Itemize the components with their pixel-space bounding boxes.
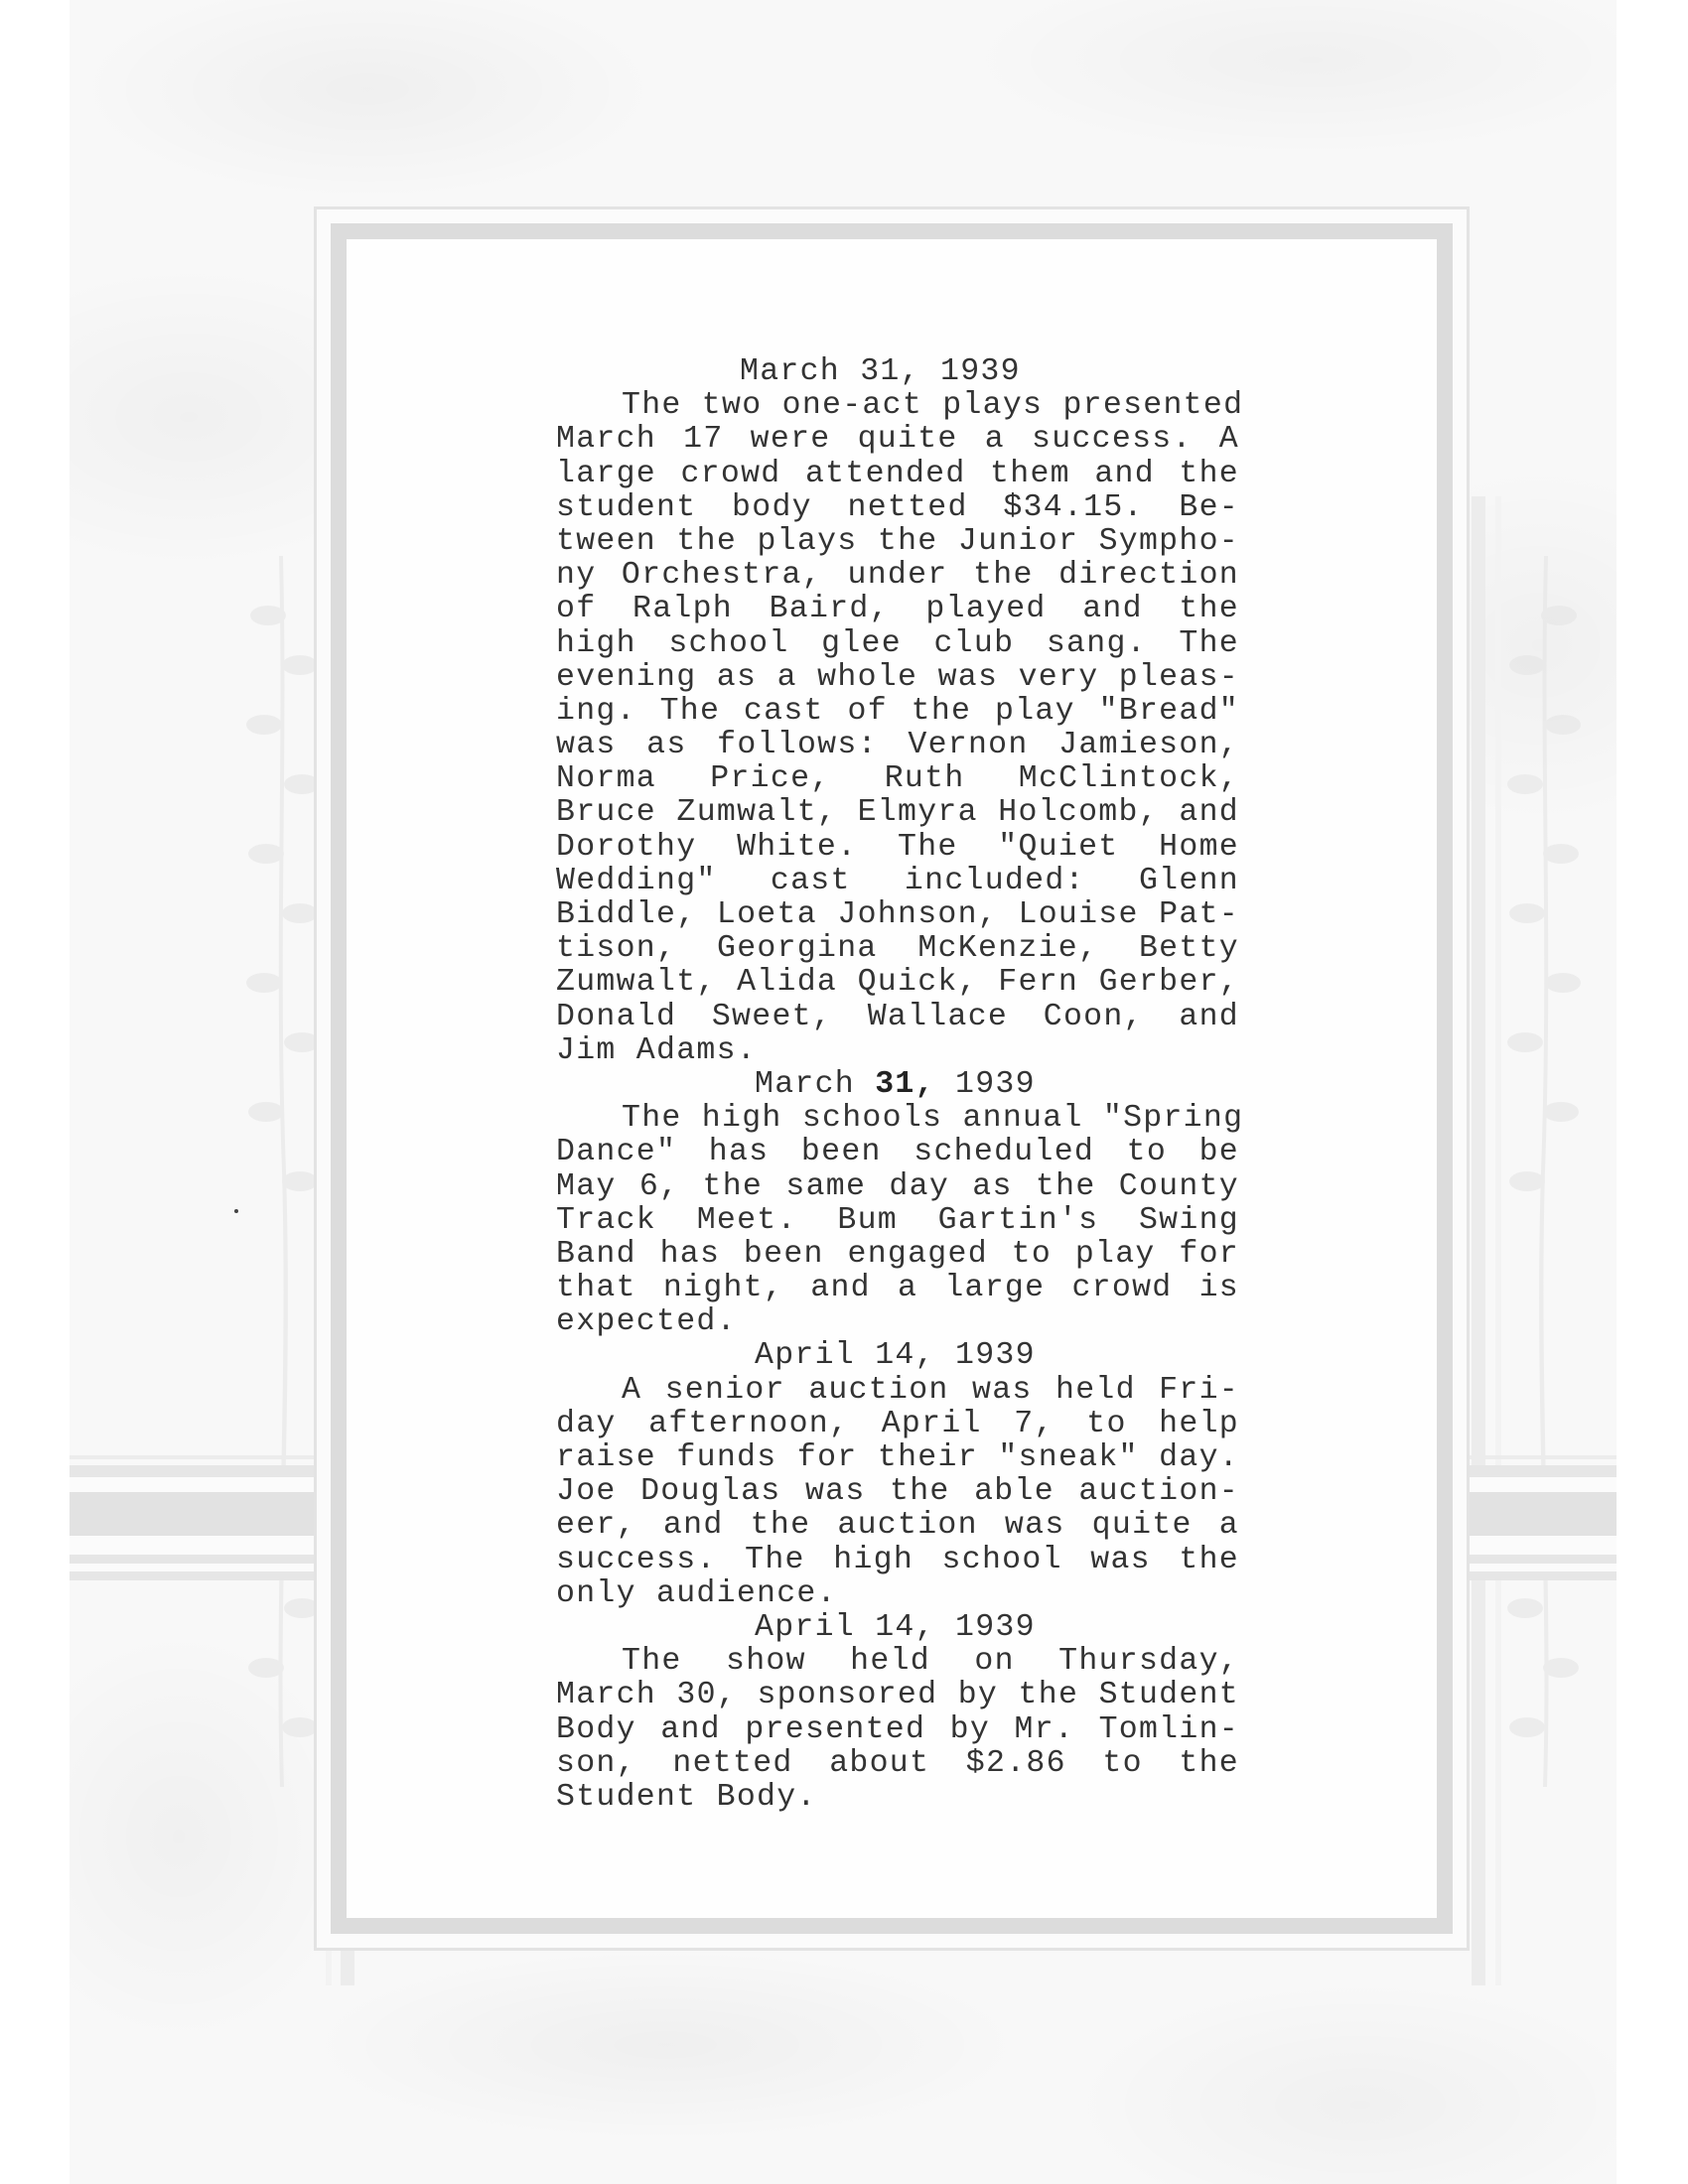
dateline-month: March bbox=[755, 1067, 855, 1102]
text-line: Dorothy White. The "Quiet Home bbox=[556, 831, 1239, 865]
text-line: Student Body. bbox=[556, 1781, 1239, 1815]
text-line: ny Orchestra, under the direction bbox=[556, 559, 1239, 593]
text-line: March 30, sponsored by the Student bbox=[556, 1679, 1239, 1712]
dateline: March 31, 1939 bbox=[556, 1068, 1239, 1102]
news-item: April 14, 1939 A senior auction was held… bbox=[556, 1339, 1239, 1611]
text-line: Biddle, Loeta Johnson, Louise Pat- bbox=[556, 898, 1239, 932]
news-item: April 14, 1939 The show held on Thursday… bbox=[556, 1611, 1239, 1815]
text-line: March 17 were quite a success. A bbox=[556, 423, 1239, 457]
text-line: evening as a whole was very pleas- bbox=[556, 661, 1239, 695]
text-line: of Ralph Baird, played and the bbox=[556, 593, 1239, 626]
text-line: eer, and the auction was quite a bbox=[556, 1509, 1239, 1543]
text-line: Bruce Zumwalt, Elmyra Holcomb, and bbox=[556, 796, 1239, 830]
text-line: raise funds for their "sneak" day. bbox=[556, 1441, 1239, 1475]
text-line: Joe Douglas was the able auction- bbox=[556, 1475, 1239, 1509]
text-line: success. The high school was the bbox=[556, 1544, 1239, 1577]
dateline-year: 1939 bbox=[955, 1067, 1036, 1102]
text-line: tween the plays the Junior Sympho- bbox=[556, 525, 1239, 559]
article-body: The high schools annual "SpringDance" ha… bbox=[556, 1102, 1239, 1339]
text-line: student body netted $34.15. Be- bbox=[556, 491, 1239, 525]
text-line: Track Meet. Bum Gartin's Swing bbox=[556, 1204, 1239, 1238]
ink-speck bbox=[234, 1209, 238, 1213]
news-item: March 31, 1939 The high schools annual "… bbox=[556, 1068, 1239, 1340]
text-line: A senior auction was held Fri- bbox=[556, 1374, 1239, 1408]
text-line: Jim Adams. bbox=[556, 1034, 1239, 1068]
text-line: May 6, the same day as the County bbox=[556, 1170, 1239, 1204]
dateline: April 14, 1939 bbox=[556, 1339, 1239, 1373]
article-body: A senior auction was held Fri-day aftern… bbox=[556, 1374, 1239, 1611]
text-line: expected. bbox=[556, 1305, 1239, 1339]
news-item: March 31, 1939 The two one-act plays pre… bbox=[556, 355, 1239, 1068]
dateline: April 14, 1939 bbox=[556, 1611, 1239, 1645]
article-body: The show held on Thursday,March 30, spon… bbox=[556, 1645, 1239, 1815]
text-line: Band has been engaged to play for bbox=[556, 1238, 1239, 1272]
dateline-day: 31, bbox=[875, 1067, 935, 1102]
text-line: Norma Price, Ruth McClintock, bbox=[556, 762, 1239, 796]
text-line: large crowd attended them and the bbox=[556, 458, 1239, 491]
border-rail bbox=[1495, 496, 1501, 1985]
text-line: The high schools annual "Spring bbox=[556, 1102, 1239, 1136]
border-rail bbox=[1472, 496, 1485, 1985]
article-body: The two one-act plays presentedMarch 17 … bbox=[556, 389, 1239, 1068]
text-line: tison, Georgina McKenzie, Betty bbox=[556, 932, 1239, 966]
text-line: Wedding" cast included: Glenn bbox=[556, 865, 1239, 898]
text-line: Dance" has been scheduled to be bbox=[556, 1136, 1239, 1169]
text-line: son, netted about $2.86 to the bbox=[556, 1747, 1239, 1781]
text-line: was as follows: Vernon Jamieson, bbox=[556, 729, 1239, 762]
text-line: day afternoon, April 7, to help bbox=[556, 1408, 1239, 1441]
text-line: The show held on Thursday, bbox=[556, 1645, 1239, 1679]
text-line: Zumwalt, Alida Quick, Fern Gerber, bbox=[556, 966, 1239, 1000]
text-line: only audience. bbox=[556, 1577, 1239, 1611]
typed-text-column: March 31, 1939 The two one-act plays pre… bbox=[556, 355, 1239, 1815]
text-line: The two one-act plays presented bbox=[556, 389, 1239, 423]
text-line: high school glee club sang. The bbox=[556, 627, 1239, 661]
text-line: Body and presented by Mr. Tomlin- bbox=[556, 1713, 1239, 1747]
dateline: March 31, 1939 bbox=[556, 355, 1239, 389]
text-line: Donald Sweet, Wallace Coon, and bbox=[556, 1001, 1239, 1034]
text-line: that night, and a large crowd is bbox=[556, 1272, 1239, 1305]
foliage-ornament-icon bbox=[1499, 556, 1589, 1787]
text-line: ing. The cast of the play "Bread" bbox=[556, 695, 1239, 729]
